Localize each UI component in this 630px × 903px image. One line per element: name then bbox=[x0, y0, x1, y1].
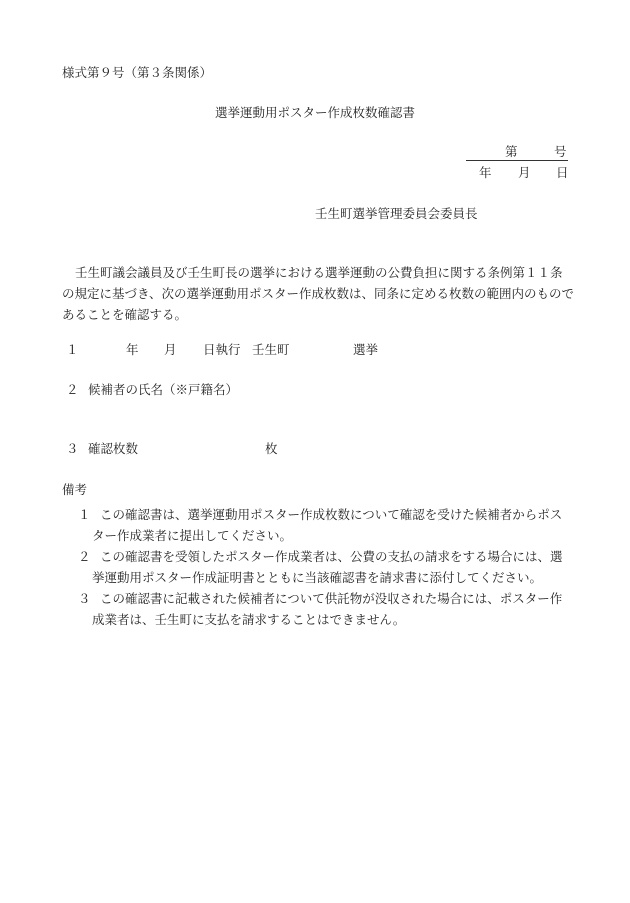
note-1-line1: この確認書は、選挙運動用ポスター作成枚数について確認を受けた候補者からポス bbox=[100, 507, 562, 522]
notes-heading: 備考 bbox=[62, 484, 87, 497]
date-year: 年 bbox=[479, 167, 492, 180]
note-2-line2: 挙運動用ポスター作成証明書とともに当該確認書を請求書に添付してください。 bbox=[78, 567, 563, 588]
form-label: 様式第９号（第３条関係） bbox=[62, 67, 212, 80]
body-paragraph: 壬生町議会議員及び壬生町長の選挙における選挙運動の公費負担に関する条例第１１条の… bbox=[62, 262, 574, 325]
note-3-number: ３ bbox=[78, 588, 100, 609]
item-1-month: 月 bbox=[164, 344, 177, 357]
item-1-election: 選挙 bbox=[353, 344, 378, 357]
note-3: ３この確認書に記載された候補者について供託物が没収された場合には、ポスター作 成… bbox=[78, 588, 562, 630]
item-2-number: ２ bbox=[66, 384, 79, 397]
note-2-number: ２ bbox=[78, 546, 100, 567]
note-1-line2: ター作成業者に提出してください。 bbox=[78, 525, 562, 546]
item-3-label: 確認枚数 bbox=[88, 443, 138, 456]
item-3-number: ３ bbox=[66, 443, 79, 456]
document-number-line: 第 号 bbox=[466, 146, 568, 161]
note-2: ２この確認書を受領したポスター作成業者は、公費の支払の請求をする場合には、選 挙… bbox=[78, 546, 563, 588]
note-3-line2: 成業者は、壬生町に支払を請求することはできません。 bbox=[78, 609, 562, 630]
document-title: 選挙運動用ポスター作成枚数確認書 bbox=[215, 107, 415, 120]
item-2-label: 候補者の氏名（※戸籍名） bbox=[88, 384, 238, 397]
date-month: 月 bbox=[518, 167, 531, 180]
number-dai: 第 bbox=[505, 146, 518, 159]
issuer: 壬生町選挙管理委員会委員長 bbox=[315, 208, 478, 221]
item-1-number: １ bbox=[66, 344, 79, 357]
note-3-line1: この確認書に記載された候補者について供託物が没収された場合には、ポスター作 bbox=[100, 591, 562, 606]
body-paragraph-text: 壬生町議会議員及び壬生町長の選挙における選挙運動の公費負担に関する条例第１１条の… bbox=[62, 265, 574, 322]
item-3-unit: 枚 bbox=[265, 443, 278, 456]
item-1-town: 壬生町 bbox=[252, 344, 290, 357]
note-1-number: １ bbox=[78, 504, 100, 525]
number-go: 号 bbox=[554, 146, 567, 159]
date-day: 日 bbox=[556, 167, 569, 180]
note-2-line1: この確認書を受領したポスター作成業者は、公費の支払の請求をする場合には、選 bbox=[100, 549, 563, 564]
item-1-year: 年 bbox=[126, 344, 139, 357]
note-1: １この確認書は、選挙運動用ポスター作成枚数について確認を受けた候補者からポス タ… bbox=[78, 504, 562, 546]
item-1-day-exec: 日執行 bbox=[203, 344, 241, 357]
